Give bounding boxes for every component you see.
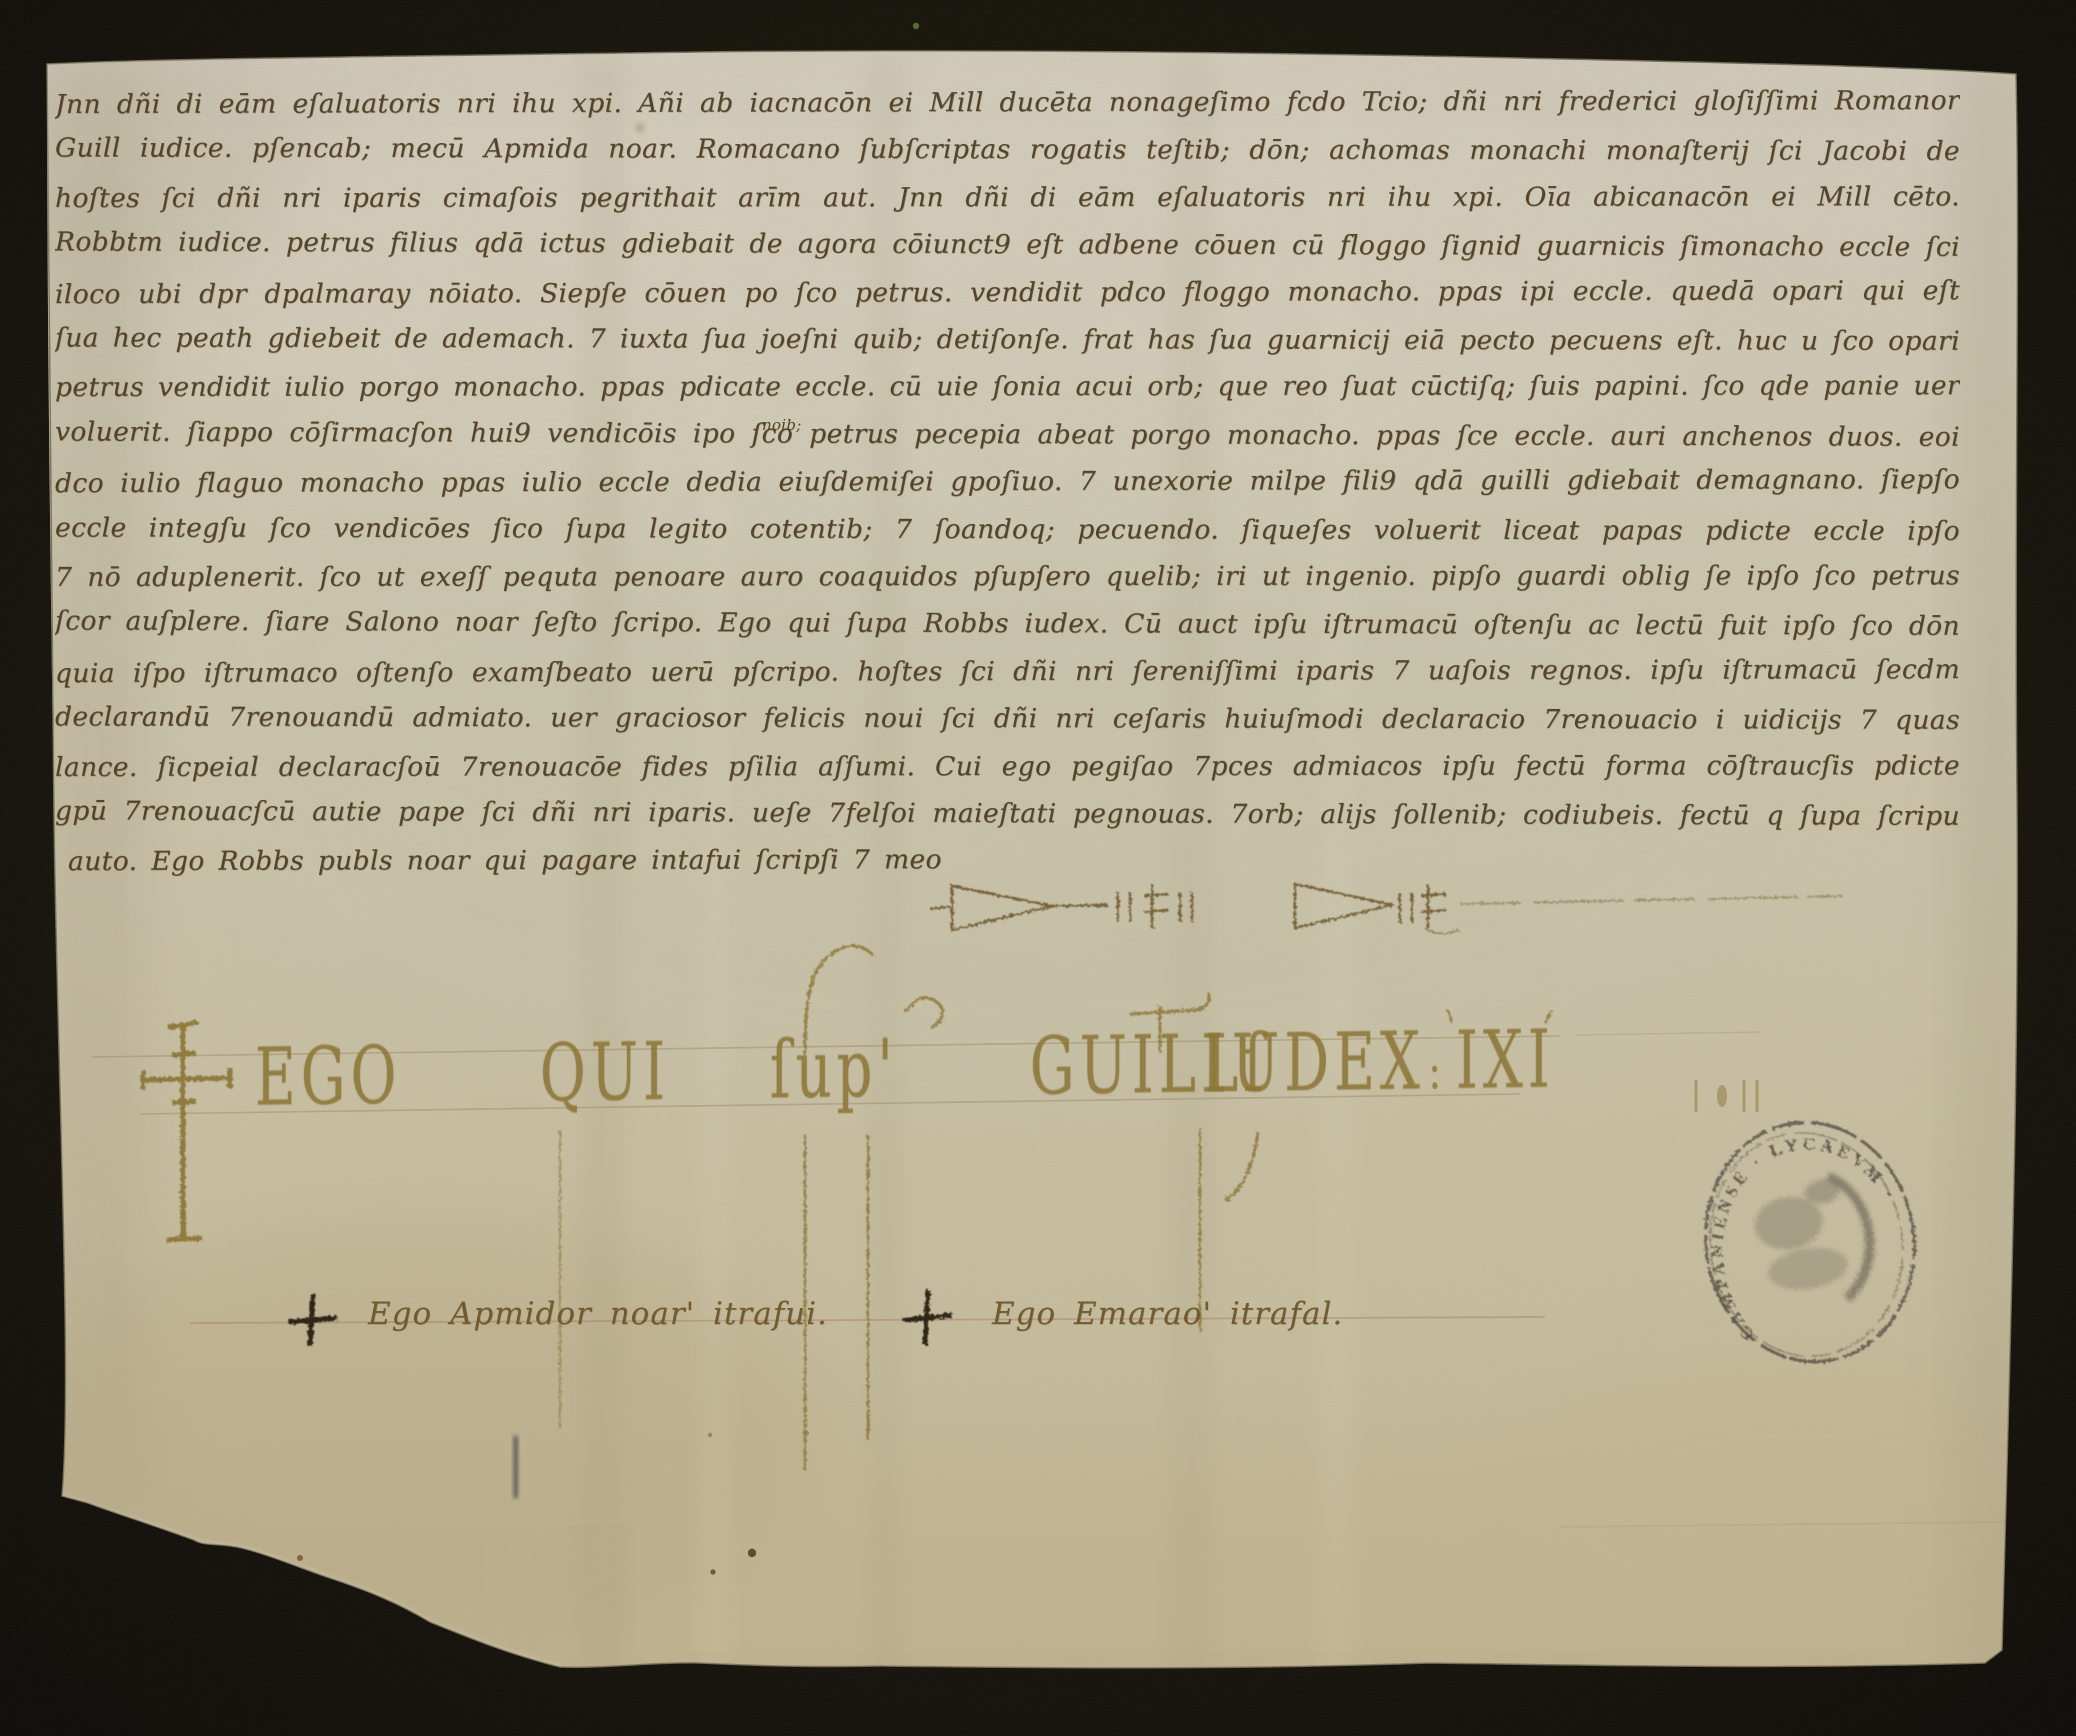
photograph-of-parchment-charter: CAMPANIENSE · LYCAEVM · Jnn dñi di eām e… <box>0 0 2076 1736</box>
scene-graphics: CAMPANIENSE · LYCAEVM · <box>0 0 2076 1736</box>
parchment-sheet: CAMPANIENSE · LYCAEVM · <box>0 0 2076 1736</box>
green-speck <box>913 23 919 29</box>
